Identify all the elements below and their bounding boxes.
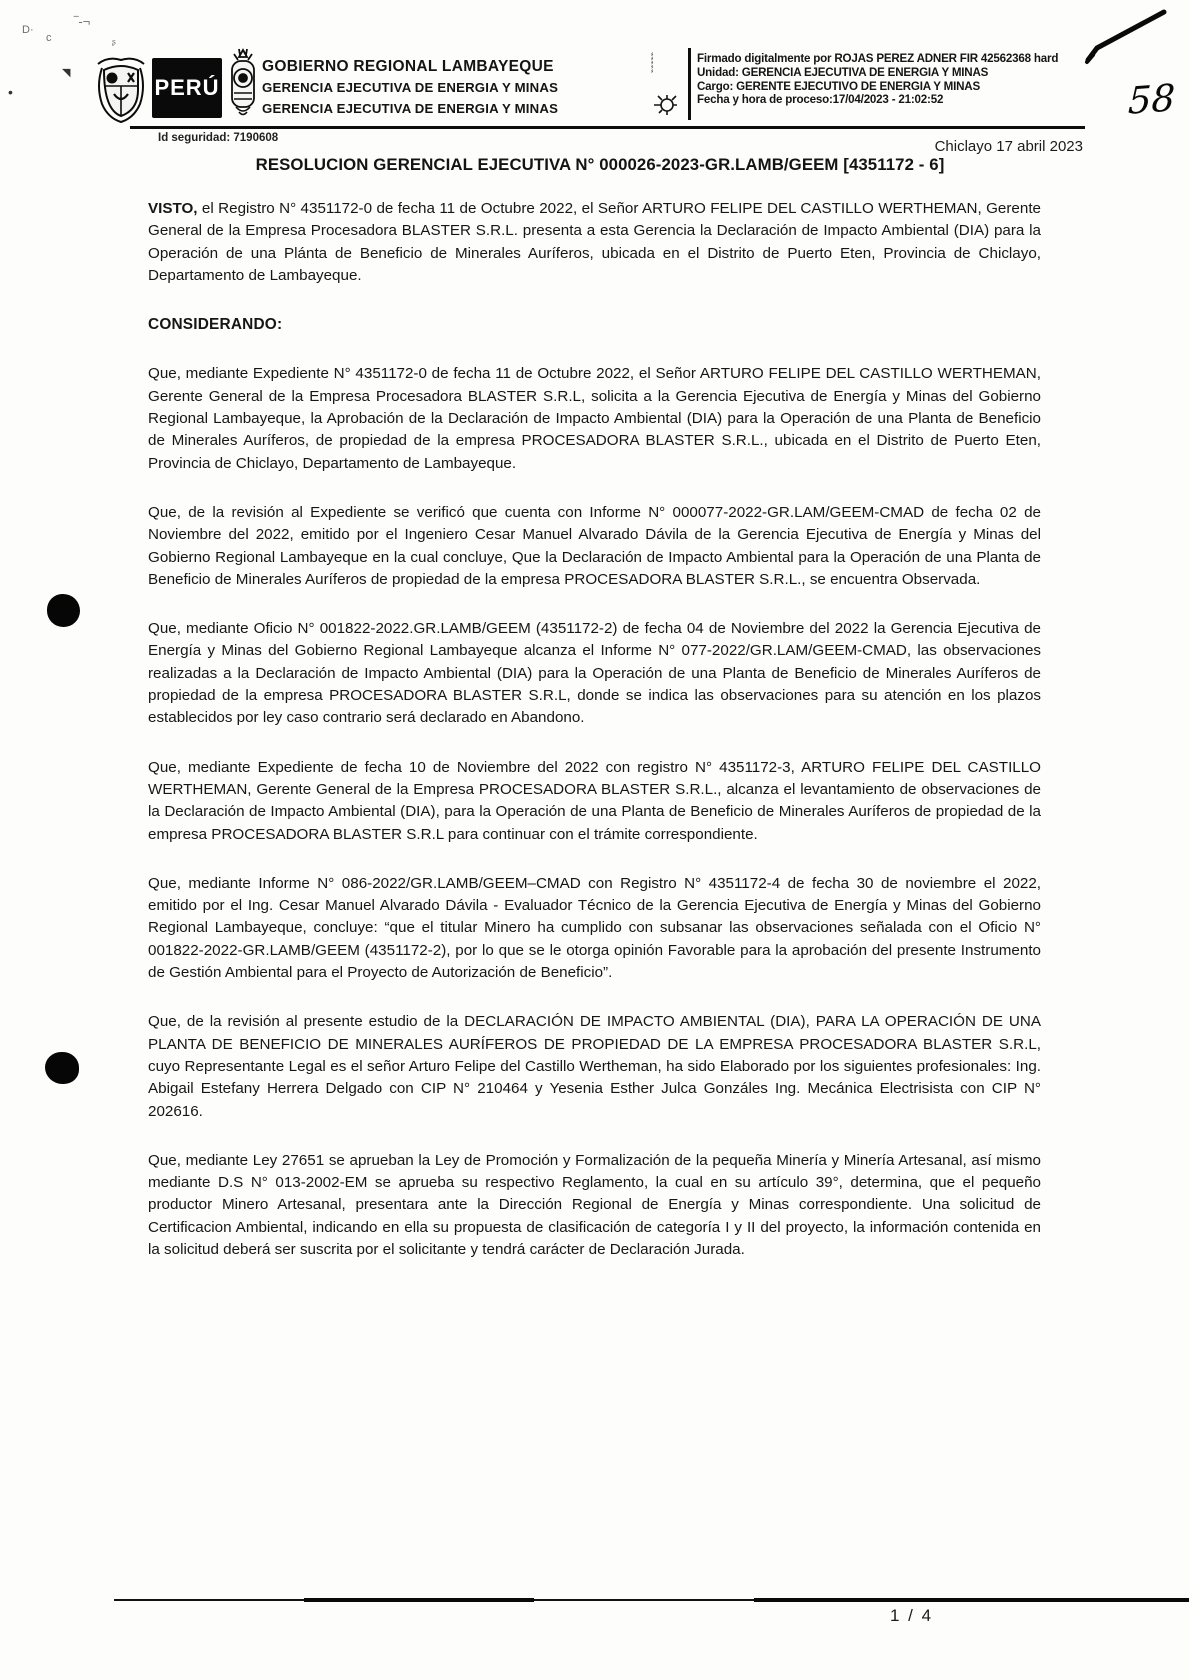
scan-artifact-dot — [45, 1052, 79, 1084]
visto-text: el Registro N° 4351172-0 de fecha 11 de … — [148, 200, 1041, 284]
visto-label: VISTO, — [148, 200, 198, 217]
signature-line-unit: Unidad: GERENCIA EJECUTIVA DE ENERGIA Y … — [697, 66, 1058, 80]
lambayeque-emblem-icon — [226, 48, 260, 131]
considerando-paragraph-2: Que, de la revisión al Expediente se ver… — [148, 502, 1041, 591]
footer-divider — [114, 1599, 1078, 1601]
resolution-body: VISTO, el Registro N° 4351172-0 de fecha… — [148, 198, 1041, 1288]
signature-divider — [688, 48, 691, 120]
header-org-block: GOBIERNO REGIONAL LAMBAYEQUE GERENCIA EJ… — [262, 58, 558, 118]
considerando-paragraph-3: Que, mediante Oficio N° 001822-2022.GR.L… — [148, 618, 1041, 729]
security-id: Id seguridad: 7190608 — [158, 132, 278, 144]
pencil-mark: c — [46, 32, 52, 44]
peru-coat-of-arms-icon — [92, 56, 150, 131]
org-unit-repeat: GERENCIA EJECUTIVA DE ENERGIA Y MINAS — [262, 100, 558, 118]
scan-artifact-dot — [47, 594, 80, 627]
pencil-mark: ᶳ — [112, 38, 116, 50]
scanned-resolution-page: { "header": { "org_line1": "GOBIERNO REG… — [0, 0, 1189, 1680]
handwritten-checkmark — [1082, 8, 1170, 71]
peru-logo-text: PERÚ — [154, 75, 219, 101]
place-date-line: Chiclayo 17 abril 2023 — [935, 138, 1083, 155]
org-unit: GERENCIA EJECUTIVA DE ENERGIA Y MINAS — [262, 79, 558, 97]
visto-paragraph: VISTO, el Registro N° 4351172-0 de fecha… — [148, 198, 1041, 287]
pencil-mark: ‾-¬ — [74, 14, 90, 29]
considerando-paragraph-4: Que, mediante Expediente de fecha 10 de … — [148, 757, 1041, 846]
pencil-mark: ◥ — [62, 66, 70, 79]
resolution-title: RESOLUCION GERENCIAL EJECUTIVA N° 000026… — [120, 155, 1080, 175]
header-divider — [130, 126, 1085, 129]
considerando-paragraph-7: Que, mediante Ley 27651 se aprueban la L… — [148, 1150, 1041, 1261]
considerando-paragraph-1: Que, mediante Expediente N° 4351172-0 de… — [148, 363, 1041, 474]
signature-line-signer: Firmado digitalmente por ROJAS PEREZ ADN… — [697, 52, 1058, 66]
signature-vertical-marking: ⌁⌁⌁⌁⌁ — [648, 52, 656, 73]
digital-signature-block: Firmado digitalmente por ROJAS PEREZ ADN… — [697, 52, 1058, 107]
pencil-mark: • — [8, 84, 13, 100]
org-name: GOBIERNO REGIONAL LAMBAYEQUE — [262, 58, 558, 76]
peru-logo: PERÚ — [152, 58, 222, 118]
pencil-mark: D· — [22, 24, 34, 36]
signature-line-datetime: Fecha y hora de proceso:17/04/2023 - 21:… — [697, 93, 1058, 107]
considerando-paragraph-5: Que, mediante Informe N° 086-2022/GR.LAM… — [148, 873, 1041, 984]
considerando-paragraph-6: Que, de la revisión al presente estudio … — [148, 1011, 1041, 1122]
page-number: 1 / 4 — [890, 1606, 933, 1626]
considerando-heading: CONSIDERANDO: — [148, 314, 1041, 336]
signature-stamp-icon — [652, 92, 678, 123]
handwritten-page-number: 58 — [1127, 76, 1175, 122]
signature-line-role: Cargo: GERENTE EJECUTIVO DE ENERGIA Y MI… — [697, 80, 1058, 94]
